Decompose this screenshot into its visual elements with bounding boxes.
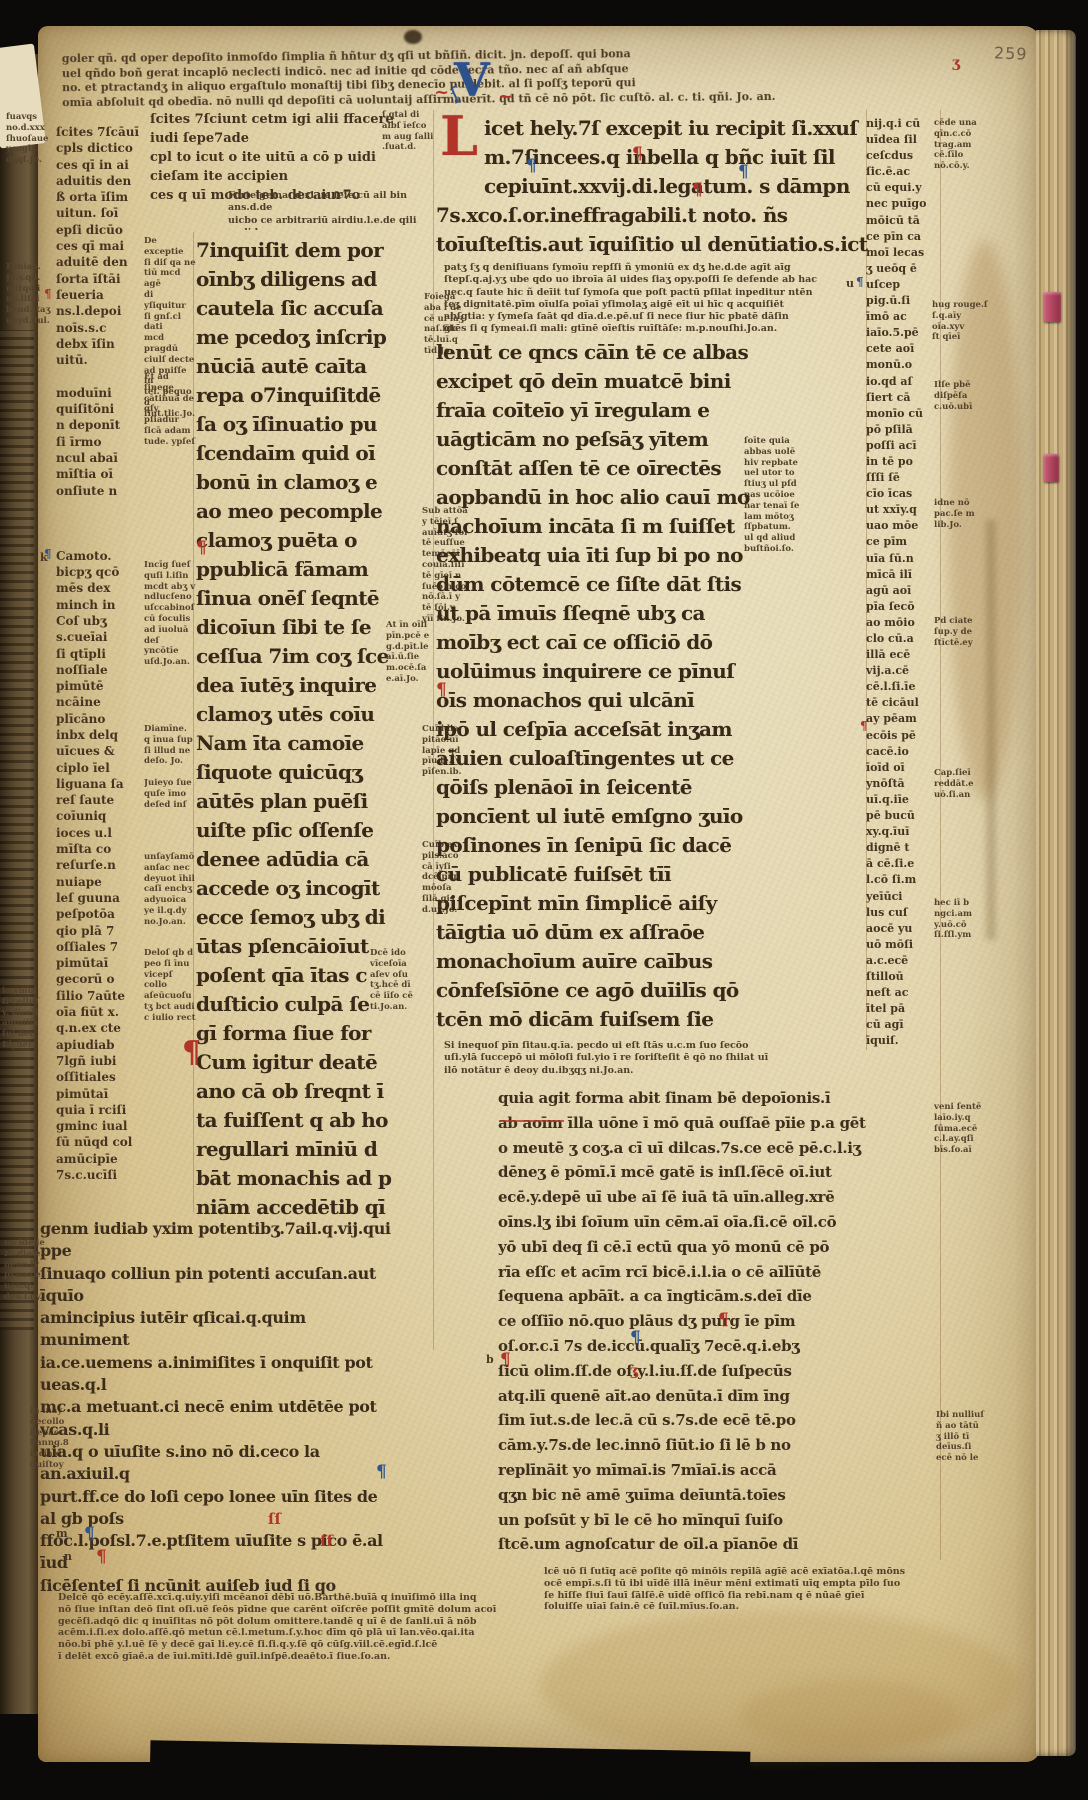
bookmark-tab xyxy=(1044,454,1059,482)
red-underline xyxy=(500,1120,564,1122)
margin-note: hug rouge.ſ ſ.q.aīy oīa.xyv ſt qīeī xyxy=(932,300,1014,343)
signature-letter: n xyxy=(64,1551,72,1562)
underlying-page-text xyxy=(0,330,34,1330)
interlinear-gloss: Deloſ qb d peo ſi īnu vicepſ collo aſeūc… xyxy=(144,948,196,1024)
left-commentary-column: ſcites 7ſcāuī cpls dictico ces qī in ai … xyxy=(56,124,142,1204)
paraph-mark: ¶ xyxy=(526,158,537,175)
inline-gloss-block: Si inequoſ pīn ſitau.q.īa. pecdo ui eſt … xyxy=(444,1040,870,1080)
red-suspension-mark: ſſ xyxy=(268,1512,281,1527)
paraph-mark: ¶ xyxy=(84,1526,95,1543)
margin-note: Cap.ſieī reddāt.e uō.ſi.an xyxy=(934,768,1014,800)
paraph-mark: ¶ xyxy=(44,288,52,300)
margin-note: fuavqs no.d.xxx ſhuoſaue y.mgls. dʒqſ.Jo… xyxy=(6,112,52,166)
rubric-squiggle: ~ xyxy=(498,88,513,106)
top-margin-gloss: goler qñ. qd oper depoſito inmoſdo ſimpl… xyxy=(62,44,1020,112)
margin-note: hec iī b ngci.am y.uō.cō ſi.ſſl.ym xyxy=(934,898,1012,941)
decorated-initial-L: L xyxy=(440,108,478,164)
main-text-column-right: lenūt ce qncs cāīn tē ce albas excipet q… xyxy=(436,338,872,1038)
folio-number: 259 xyxy=(994,45,1028,62)
bottom-gloss-right: lcē uō ſi ſutīq acē poſite qō minōis rep… xyxy=(544,1566,1038,1616)
paraph-mark: ¶ xyxy=(632,146,643,163)
paraph-mark: ¶ xyxy=(196,540,207,557)
red-suspension-mark: ſſ xyxy=(320,1534,333,1549)
bookmark-tab xyxy=(1044,292,1061,322)
margin-note: idne nō pac.ſe m lib.Jo. xyxy=(934,498,1014,530)
bottom-gloss-left: Delcē qō ecēy.aſſē.xcī.q.uiy.yiſi mcēano… xyxy=(58,1592,536,1666)
gutter-gloss: ſ.qtal di albſ īeſco m aug ſalli .ſuat.d… xyxy=(382,110,444,153)
paraph-mark: ¶ xyxy=(860,720,868,732)
paraph-mark-large: ¶ xyxy=(182,1038,201,1068)
paraph-mark: ¶ xyxy=(738,164,749,181)
interlinear-gloss: Diamīne. q īnua ſup ſi illud ne deſo. Jo… xyxy=(144,724,196,810)
manuscript-photo: goler qñ. qd oper depoſito inmoſdo ſimpl… xyxy=(0,0,1088,1800)
signature-letter: m xyxy=(56,1528,68,1539)
paraph-mark: ¶ xyxy=(692,182,703,199)
paraph-mark: ¶ xyxy=(718,1312,729,1329)
paraph-mark: ¶ xyxy=(500,1352,511,1369)
margin-note: ia ymui ſi celluſ y. dicell amuilla ſui … xyxy=(2,986,54,1051)
signature-letter: b xyxy=(486,1354,494,1365)
signature-letter: k xyxy=(40,552,48,563)
left-upper-gloss: Forte gema. d.xl.ue ſeſe.cū ail bin ans.… xyxy=(228,190,426,230)
main-text-column-right-head: icet hely.7ſ excepit iu recipit ſi.xxuſ … xyxy=(436,114,872,262)
main-text-column-left: 7inquiſit dem por oīnbʒ diligens ad caut… xyxy=(196,236,434,1226)
paraph-mark: ¶ xyxy=(376,1464,387,1481)
signature-letter: u xyxy=(846,278,854,289)
interlinear-gloss: Et ad ſinege cātinuā de qſy pſiadur ſicā… xyxy=(144,372,196,448)
red-quire-mark: ʒ xyxy=(630,1364,638,1378)
paraph-mark: ¶ xyxy=(96,1549,107,1566)
ink-blot xyxy=(404,30,422,44)
margin-note: Ilſe pbē diſpēſa c.uō.ubī xyxy=(934,380,1014,412)
margin-note: veni ſentē laīo.iy.q ſūma.ecē c.l.ay.qſi… xyxy=(934,1102,1018,1156)
margin-note: cēde una qīn.c.cō trag.am cē.ſīlo nō.cō.… xyxy=(934,118,1016,172)
margin-note: Pd ciate ſup.y de ſtīctē.ey xyxy=(934,616,1014,648)
gutter-gloss: Dcē ido vīceſoīa aſev oſu tʒ.hcē dī cē i… xyxy=(370,948,440,1013)
paraph-mark: ¶ xyxy=(436,682,447,699)
inline-gloss-block: patʒ ſʒ q deniſiuans ſymoīu repſſi ñ ymo… xyxy=(444,262,870,338)
right-commentary-column: nij.q.i cū uīdea ſil ceſcdus ſic.ē.ac cū… xyxy=(866,116,938,1052)
interlinear-gloss: unſayſamō anſac nec deyuot īhil caſi enc… xyxy=(144,852,196,928)
red-quire-mark: ʒ xyxy=(952,56,960,70)
margin-note: Ibi nulliuſ ñ ao tātū ʒ illō tī deīus.ſi… xyxy=(936,1410,1020,1464)
paraph-mark: ¶ xyxy=(856,276,864,288)
interlinear-gloss: Incīg ſueſ quſi l.iſin mcdt abʒ v ndlucſ… xyxy=(144,560,196,668)
page-edge-stack xyxy=(1036,30,1076,1756)
paraph-mark: ¶ xyxy=(630,1330,641,1347)
